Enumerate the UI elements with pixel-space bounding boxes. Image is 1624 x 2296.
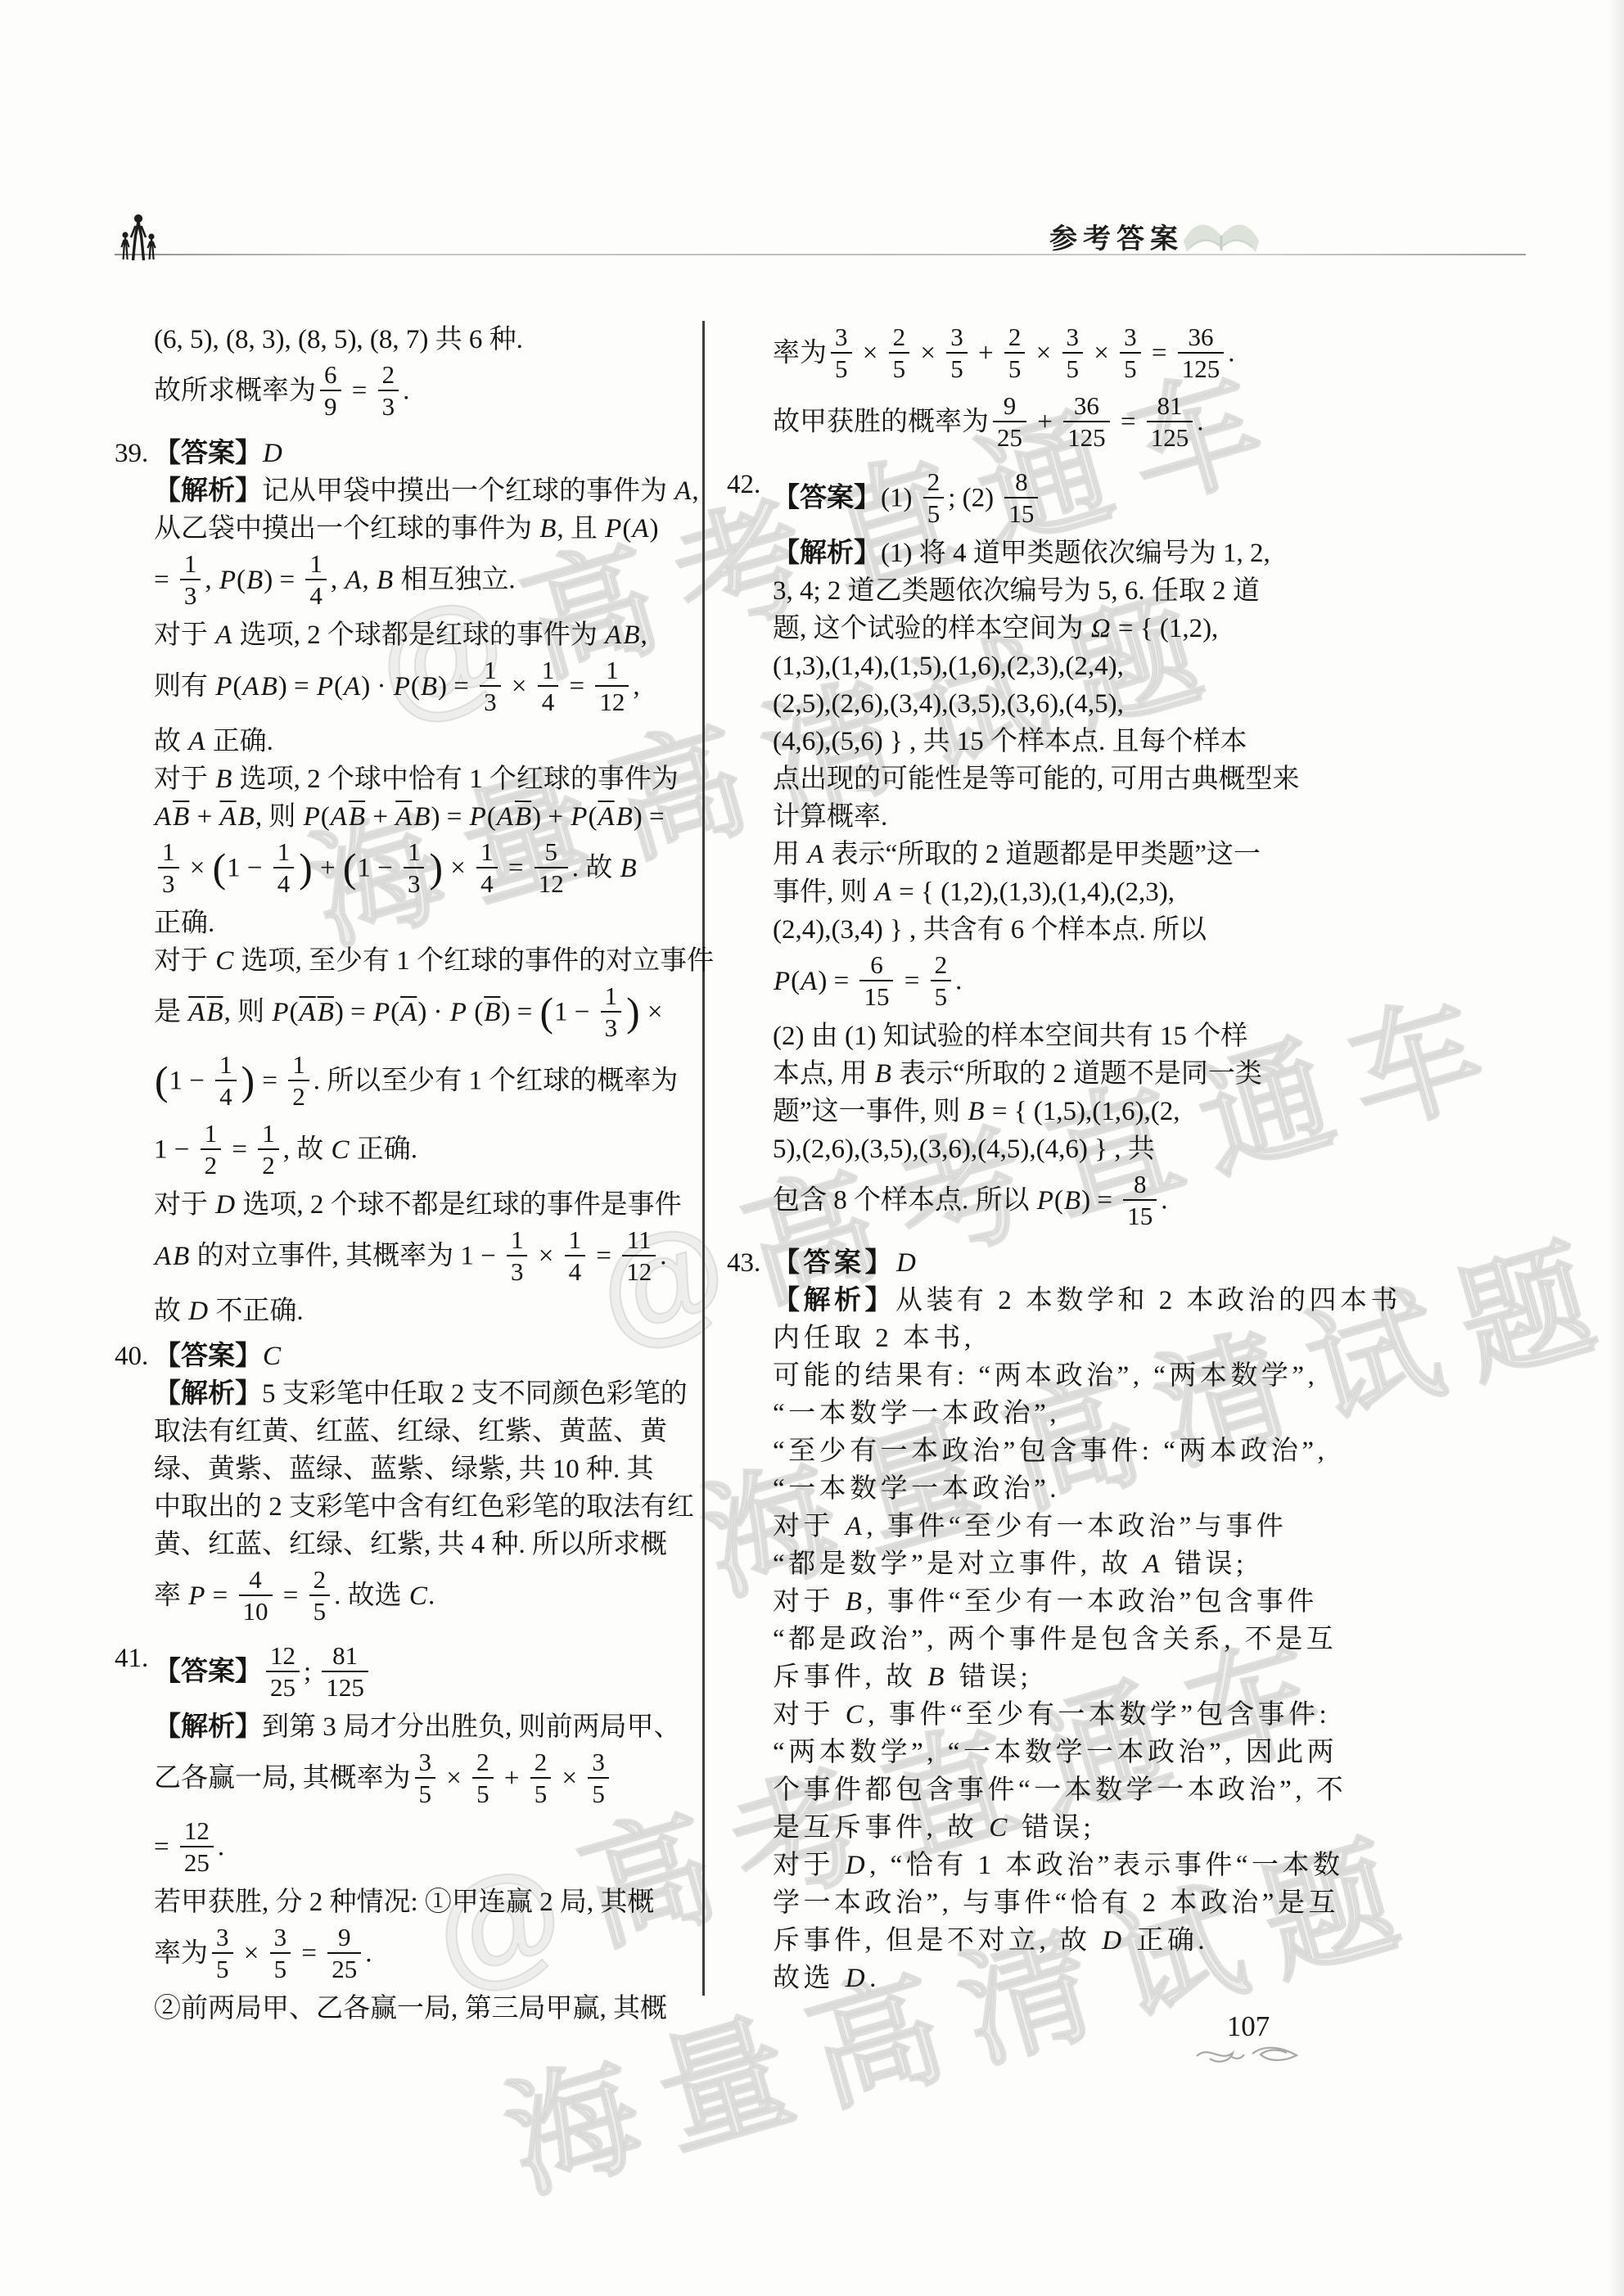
solution-line: 若甲获胜, 分 2 种情况: ①甲连赢 2 局, 其概 [154,1883,697,1921]
answer-item-continuation: (6, 5), (8, 3), (8, 5), (8, 7) 共 6 种.故所求… [115,321,697,427]
fraction: 35 [588,1743,609,1812]
scan-edge-shadow [1608,0,1624,2296]
fraction: 14 [273,833,295,902]
solution-line: 是 AB, 则 P(AB) = P(A) · P (B) = (1 − 13) … [154,980,697,1049]
fraction: 25 [923,463,945,532]
solution-line: 事件, 则 A = { (1,2),(1,3),(1,4),(2,3), [773,873,1513,911]
solution-line: 率为35 × 25 × 35 + 25 × 35 × 35 = 36125. [773,321,1513,390]
solution-line: = 1225. [154,1815,697,1883]
solution-line: 学一本政治”, 与事件“恰有 2 本政治”是互 [773,1884,1513,1922]
fraction: 512 [535,833,568,902]
solution-line: 【解析】(1) 将 4 道甲类题依次编号为 1, 2, [773,535,1513,572]
item-number: 43. [727,1244,760,1282]
solution-line: 绿、黄紫、蓝绿、蓝紫、绿紫, 共 10 种. 其 [154,1450,697,1488]
solution-line: 对于 B, 事件“至少有一本政治”包含事件 [773,1583,1513,1621]
solution-line: (1 − 14) = 12. 所以至少有 1 个红球的概率为 [154,1049,697,1117]
solution-line: 故选 D. [773,1960,1513,1997]
solution-line: (6, 5), (8, 3), (8, 5), (8, 7) 共 6 种. [154,321,697,359]
answers-column-left: (6, 5), (8, 3), (8, 5), (8, 7) 共 6 种.故所求… [115,321,697,2028]
solution-line: 斥事件, 但是不对立, 故 D 正确. [773,1922,1513,1960]
solution-line: 对于 D 选项, 2 个球不都是红球的事件是事件 [154,1186,697,1224]
page-number: 107 [1210,2010,1287,2043]
fraction: 815 [1004,463,1038,532]
solution-line: 3, 4; 2 道乙类题依次编号为 5, 6. 任取 2 道 [773,572,1513,610]
answer-item-39: 39.【答案】D【解析】记从甲袋中摸出一个红球的事件为 A,从乙袋中摸出一个红球… [115,435,697,1330]
solution-line: 乙各赢一局, 其概率为35 × 25 + 25 × 35 [154,1746,697,1815]
solution-line: “都是数学”是对立事件, 故 A 错误; [773,1545,1513,1583]
open-book-icon [1179,205,1264,265]
solution-line: 取法有红黄、红蓝、红绿、红紫、黄蓝、黄 [154,1413,697,1450]
solution-line: 包含 8 个样本点. 所以 P(B) = 815. [773,1168,1513,1237]
header-rule [115,254,1526,255]
page-title: 参考答案 [1049,216,1184,256]
solution-line: (4,6),(5,6) } , 共 15 个样本点. 且每个样本 [773,723,1513,760]
fraction: 35 [212,1919,233,1987]
answer-item-continuation: 率为35 × 25 × 35 + 25 × 35 × 35 = 36125.故甲… [727,321,1513,458]
solution-line: 13 × (1 − 14) + (1 − 13) × 14 = 512. 故 B [154,836,697,904]
solution-line: 【解析】到第 3 局才分出胜负, 则前两局甲、 [154,1708,697,1746]
solution-line: 用 A 表示“所取的 2 道题都是甲类题”这一 [773,836,1513,873]
solution-line: 个事件都包含事件“一本数学一本政治”, 不 [773,1771,1513,1809]
fraction: 25 [889,318,910,387]
solution-line: 对于 A, 事件“至少有一本政治”与事件 [773,1508,1513,1545]
fraction: 35 [1120,318,1141,387]
solution-line: = 13, P(B) = 14, A, B 相互独立. [154,548,697,616]
fraction: 13 [601,977,622,1046]
solution-line: 从乙袋中摸出一个红球的事件为 B, 且 P(A) [154,510,697,548]
solution-line: 1 − 12 = 12, 故 C 正确. [154,1117,697,1186]
solution-line: 是互斥事件, 故 C 错误; [773,1809,1513,1847]
fraction: 13 [480,652,501,720]
fraction: 35 [831,318,852,387]
solution-line: (2,4),(3,4) } , 共含有 6 个样本点. 所以 [773,911,1513,949]
solution-line: “两本数学”, “一本数学一本政治”, 因此两 [773,1734,1513,1771]
solution-line: 【答案】D [154,435,697,472]
fraction: 69 [320,356,341,425]
solution-line: 黄、红蓝、红绿、红紫, 共 4 种. 所以所求概 [154,1526,697,1563]
fraction: 14 [565,1221,586,1290]
solution-line: (2,5),(2,6),(3,4),(3,5),(3,6),(4,5), [773,685,1513,723]
solution-line: 故甲获胜的概率为925 + 36125 = 81125. [773,390,1513,458]
solution-line: 对于 D, “恰有 1 本政治”表示事件“一本数 [773,1847,1513,1884]
solution-line: 计算概率. [773,798,1513,836]
item-number: 40. [115,1337,148,1375]
solution-line: AB 的对立事件, 其概率为 1 − 13 × 14 = 1112. [154,1224,697,1292]
fraction: 13 [180,545,201,614]
fraction: 925 [993,387,1026,456]
fraction: 25 [931,946,952,1015]
solution-line: 率 P = 410 = 25. 故选 C. [154,1563,697,1632]
item-number: 39. [115,435,148,472]
fraction: 25 [309,1561,331,1630]
item-number: 41. [115,1640,148,1677]
fraction: 35 [1062,318,1084,387]
fraction: 25 [472,1743,494,1812]
fraction: 815 [1123,1166,1157,1234]
fraction: 13 [507,1221,528,1290]
solution-line: 故 A 正确. [154,723,697,760]
solution-line: 可能的结果有: “两本政治”, “两本数学”, [773,1357,1513,1395]
fraction: 81125 [322,1637,368,1706]
solution-line: 对于 A 选项, 2 个球都是红球的事件为 AB, [154,616,697,654]
solution-line: 【答案】(1) 25; (2) 815 [773,466,1513,535]
answer-item-40: 40.【答案】C【解析】5 支彩笔中任取 2 支不同颜色彩笔的取法有红黄、红蓝、… [115,1337,697,1632]
column-divider [702,321,705,1996]
solution-line: “一本数学一本政治”. [773,1470,1513,1508]
fraction: 14 [305,545,327,614]
solution-line: “都是政治”, 两个事件是包含关系, 不是互 [773,1621,1513,1658]
solution-line: 则有 P(AB) = P(A) · P(B) = 13 × 14 = 112, [154,654,697,723]
solution-line: 本点, 用 B 表示“所取的 2 道题不是同一类 [773,1055,1513,1093]
solution-line: 中取出的 2 支彩笔中含有红色彩笔的取法有红 [154,1488,697,1526]
solution-line: 内任取 2 本书, [773,1319,1513,1357]
solution-line: 5),(2,6),(3,5),(3,6),(4,5),(4,6) } , 共 [773,1130,1513,1168]
solution-line: 【解析】记从甲袋中摸出一个红球的事件为 A, [154,472,697,510]
fraction: 36125 [1178,318,1225,387]
solution-line: 【答案】1225; 81125 [154,1640,697,1708]
solution-line: (1,3),(1,4),(1,5),(1,6),(2,3),(2,4), [773,647,1513,685]
fraction: 12 [258,1115,279,1184]
fraction: 14 [215,1046,237,1115]
fraction: 25 [1004,318,1026,387]
fraction: 25 [530,1743,552,1812]
fraction: 12 [201,1115,222,1184]
fraction: 410 [239,1561,273,1630]
fraction: 112 [595,652,629,720]
answer-item-42: 42.【答案】(1) 25; (2) 815【解析】(1) 将 4 道甲类题依次… [727,466,1513,1237]
solution-line: “一本数学一本政治”, [773,1395,1513,1432]
solution-line: 对于 B 选项, 2 个球中恰有 1 个红球的事件为 [154,760,697,798]
solution-line: “至少有一本政治”包含事件: “两本政治”, [773,1432,1513,1470]
fraction: 1225 [180,1812,214,1881]
answer-item-41: 41.【答案】1225; 81125【解析】到第 3 局才分出胜负, 则前两局甲… [115,1640,697,2028]
solution-line: 故所求概率为69 = 23. [154,359,697,427]
solution-line: ②前两局甲、乙各赢一局, 第三局甲赢, 其概 [154,1990,697,2028]
solution-line: (2) 由 (1) 知试验的样本空间共有 15 个样 [773,1017,1513,1055]
solution-line: 点出现的可能性是等可能的, 可用古典概型来 [773,760,1513,798]
fraction: 35 [415,1743,436,1812]
solution-line: AB + AB, 则 P(AB + AB) = P(AB) + P(AB) = [154,798,697,836]
footer-flourish-icon [1192,2043,1303,2066]
solution-line: 题”这一事件, 则 B = { (1,5),(1,6),(2, [773,1093,1513,1130]
solution-line: 故 D 不正确. [154,1292,697,1330]
fraction: 13 [404,833,425,902]
solution-line: 对于 C 选项, 至少有 1 个红球的事件的对立事件 [154,942,697,980]
fraction: 23 [378,356,399,425]
fraction: 1225 [266,1637,300,1706]
solution-line: 【解析】从装有 2 本数学和 2 本政治的四本书 [773,1282,1513,1319]
fraction: 1112 [622,1221,656,1290]
answers-column-right: 率为35 × 25 × 35 + 25 × 35 × 35 = 36125.故甲… [727,321,1513,1997]
fraction: 14 [476,833,498,902]
answer-key-page: { "header": { "title": "参考答案" }, "page_n… [0,0,1624,2296]
fraction: 35 [946,318,968,387]
fraction: 12 [288,1046,309,1115]
solution-line: 率为35 × 35 = 925. [154,1921,697,1990]
solution-line: 【答案】D [773,1244,1513,1282]
fraction: 36125 [1063,387,1110,456]
fraction: 13 [158,833,179,902]
people-icon [120,213,157,264]
solution-line: 【解析】5 支彩笔中任取 2 支不同颜色彩笔的 [154,1375,697,1413]
solution-line: 【答案】C [154,1337,697,1375]
fraction: 615 [859,946,893,1015]
fraction: 925 [327,1919,361,1987]
solution-line: 斥事件, 故 B 错误; [773,1658,1513,1696]
fraction: 81125 [1147,387,1193,456]
solution-line: P(A) = 615 = 25. [773,949,1513,1017]
item-number: 42. [727,466,760,503]
solution-line: 题, 这个试验的样本空间为 Ω = { (1,2), [773,610,1513,647]
solution-line: 正确. [154,904,697,942]
fraction: 35 [270,1919,291,1987]
solution-line: 对于 C, 事件“至少有一本数学”包含事件: [773,1696,1513,1734]
answer-item-43: 43.【答案】D【解析】从装有 2 本数学和 2 本政治的四本书内任取 2 本书… [727,1244,1513,1997]
fraction: 14 [538,652,559,720]
